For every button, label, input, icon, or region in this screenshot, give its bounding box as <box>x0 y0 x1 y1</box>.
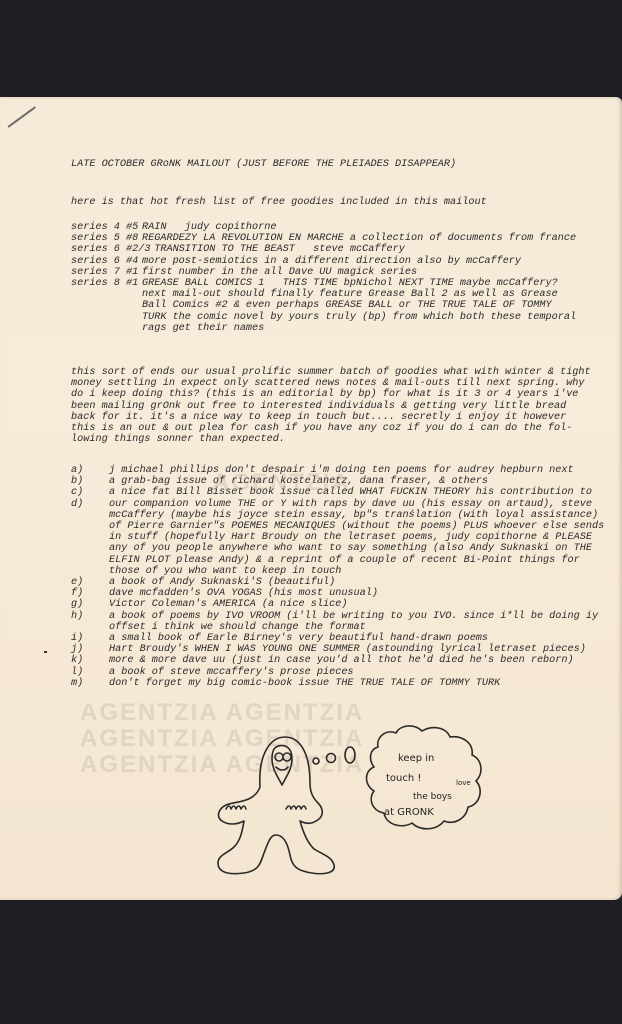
list-item: b)a grab-bag issue of richard kostelanet… <box>71 476 604 487</box>
item-letter: f) <box>71 588 109 599</box>
item-letter: l) <box>71 667 109 678</box>
series-row: series 8 #1 GREASE BALL COMICS 1 THIS TI… <box>71 278 576 334</box>
item-letter: j) <box>71 644 109 655</box>
series-label: series 7 #1 <box>71 267 142 278</box>
margin-mark <box>44 651 47 653</box>
list-item: d)our companion volume THE or Y with rap… <box>71 499 604 577</box>
series-row: series 6 #4 more post-semiotics in a dif… <box>71 256 576 267</box>
item-description: a small book of Earle Birney's very beau… <box>109 633 488 644</box>
document-title: LATE OCTOBER GRoNK MAILOUT (JUST BEFORE … <box>71 159 456 170</box>
thought-bubble-text: keep in touch ! love the boys at GRONK <box>384 753 471 818</box>
item-letter: k) <box>71 655 109 666</box>
item-letter: c) <box>71 487 109 498</box>
svg-text:keep in: keep in <box>398 753 434 764</box>
item-description: a book of poems by IVO VROOM (i'll be wr… <box>109 611 598 633</box>
item-letter: a) <box>71 465 109 476</box>
intro-line: here is that hot fresh list of free good… <box>71 197 487 208</box>
list-item: m)don't forget my big comic-book issue T… <box>71 678 604 689</box>
item-description: more & more dave uu (just in case you'd … <box>109 655 574 666</box>
svg-text:the boys: the boys <box>413 792 452 802</box>
series-description: REGARDEZY LA REVOLUTION EN MARCHE a coll… <box>142 233 576 244</box>
svg-text:love: love <box>456 779 471 787</box>
series-label: series 6 #2/3 <box>71 244 142 255</box>
item-description: a grab-bag issue of richard kostelanetz,… <box>109 476 488 487</box>
series-row: series 6 #2/3 TRANSITION TO THE BEAST st… <box>71 244 576 255</box>
series-description: GREASE BALL COMICS 1 THIS TIME bpNichol … <box>142 278 576 334</box>
item-description: a book of Andy Suknaski'S (beautiful) <box>109 577 335 588</box>
item-letter: e) <box>71 577 109 588</box>
list-item: i)a small book of Earle Birney's very be… <box>71 633 604 644</box>
item-letter: g) <box>71 599 109 610</box>
list-item: l)a book of steve mccaffery's prose piec… <box>71 667 604 678</box>
series-label: series 4 #5 <box>71 222 142 233</box>
list-item: c)a nice fat Bill Bisset book issue call… <box>71 487 604 498</box>
item-description: Victor Coleman's AMERICA (a nice slice) <box>109 599 347 610</box>
list-item: f)dave mcfadden's OVA YOGAS (his most un… <box>71 588 604 599</box>
list-item: h)a book of poems by IVO VROOM (i'll be … <box>71 611 604 633</box>
planned-items-list: a)j michael phillips don't despair i'm d… <box>71 465 604 689</box>
item-letter: d) <box>71 499 109 577</box>
series-label: series 8 #1 <box>71 278 142 334</box>
item-letter: m) <box>71 678 109 689</box>
gronk-creature-doodle: keep in touch ! love the boys at GRONK <box>200 725 500 905</box>
item-letter: h) <box>71 611 109 633</box>
list-item: a)j michael phillips don't despair i'm d… <box>71 465 604 476</box>
item-description: don't forget my big comic-book issue THE… <box>109 678 500 689</box>
series-description: TRANSITION TO THE BEAST steve mcCaffery <box>142 244 405 255</box>
item-description: a nice fat Bill Bisset book issue called… <box>109 487 592 498</box>
item-letter: i) <box>71 633 109 644</box>
list-item: e)a book of Andy Suknaski'S (beautiful) <box>71 577 604 588</box>
item-description: our companion volume THE or Y with raps … <box>109 499 604 577</box>
list-item: j)Hart Broudy's WHEN I WAS YOUNG ONE SUM… <box>71 644 604 655</box>
item-description: a book of steve mccaffery's prose pieces <box>109 667 354 678</box>
series-label: series 5 #8 <box>71 233 142 244</box>
series-description: first number in the all Dave UU magick s… <box>142 267 417 278</box>
list-item: g)Victor Coleman's AMERICA (a nice slice… <box>71 599 604 610</box>
series-row: series 5 #8 REGARDEZY LA REVOLUTION EN M… <box>71 233 576 244</box>
svg-text:touch !: touch ! <box>386 773 421 784</box>
item-description: j michael phillips don't despair i'm doi… <box>109 465 574 476</box>
item-description: dave mcfadden's OVA YOGAS (his most unus… <box>109 588 378 599</box>
series-row: series 4 #5 RAIN judy copithorne <box>71 222 576 233</box>
list-item: k)more & more dave uu (just in case you'… <box>71 655 604 666</box>
item-letter: b) <box>71 476 109 487</box>
series-list: series 4 #5 RAIN judy copithorne series … <box>71 222 576 334</box>
series-description: more post-semiotics in a different direc… <box>142 256 521 267</box>
series-label: series 6 #4 <box>71 256 142 267</box>
svg-text:at GRONK: at GRONK <box>384 807 434 818</box>
item-description: Hart Broudy's WHEN I WAS YOUNG ONE SUMME… <box>109 644 586 655</box>
series-row: series 7 #1 first number in the all Dave… <box>71 267 576 278</box>
editorial-paragraph: this sort of ends our usual prolific sum… <box>71 367 591 445</box>
series-description: RAIN judy copithorne <box>142 222 277 233</box>
